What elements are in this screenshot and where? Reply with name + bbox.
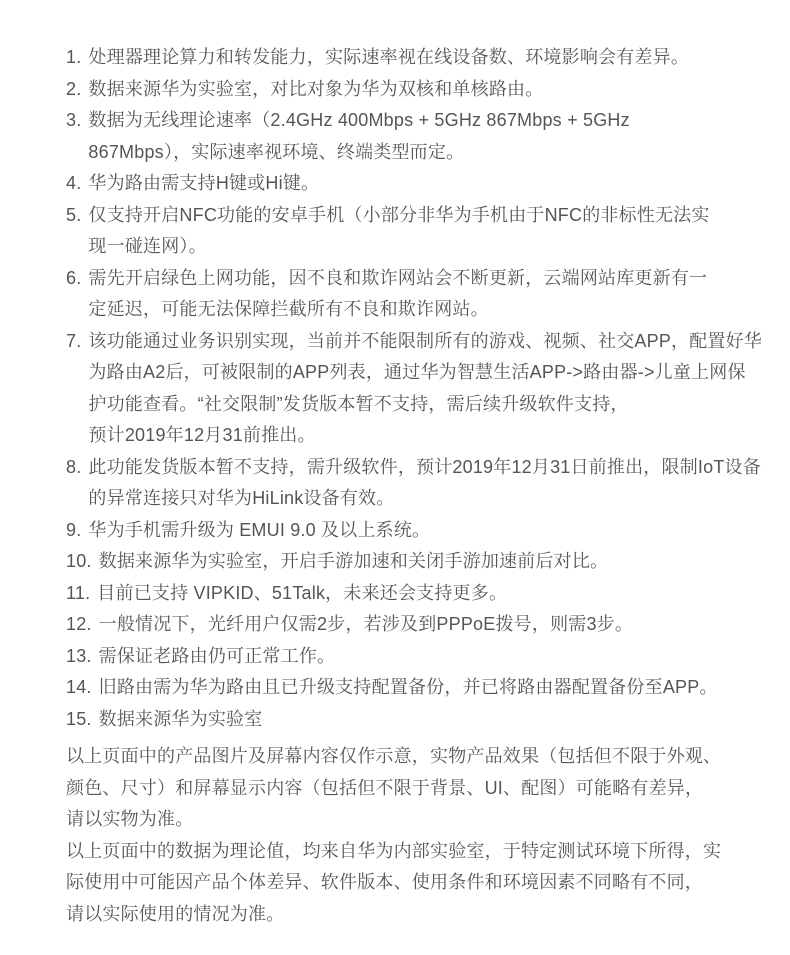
disclaimer-page: 1.处理器理论算力和转发能力，实际速率视在线设备数、环境影响会有差异。2.数据来… — [0, 0, 790, 955]
note-text: 处理器理论算力和转发能力，实际速率视在线设备数、环境影响会有差异。 — [88, 42, 774, 74]
note-text: 华为手机需升级为 EMUI 9.0 及以上系统。 — [88, 515, 774, 547]
note-item: 4.华为路由需支持H键或Hi键。 — [66, 168, 774, 200]
note-number: 8. — [66, 452, 81, 484]
note-text: 该功能通过业务识别实现，当前并不能限制所有的游戏、视频、社交APP，配置好华 为… — [88, 326, 774, 452]
note-item: 3.数据为无线理论速率（2.4GHz 400Mbps + 5GHz 867Mbp… — [66, 105, 774, 168]
note-number: 11. — [66, 578, 90, 610]
note-text: 此功能发货版本暂不支持，需升级软件，预计2019年12月31日前推出，限制IoT… — [88, 452, 774, 515]
note-text: 需先开启绿色上网功能，因不良和欺诈网站会不断更新，云端网站库更新有一 定延迟，可… — [88, 263, 774, 326]
note-number: 7. — [66, 326, 81, 358]
note-number: 4. — [66, 168, 81, 200]
note-number: 13. — [66, 641, 92, 673]
note-item: 13.需保证老路由仍可正常工作。 — [66, 641, 774, 673]
note-text: 一般情况下，光纤用户仅需2步，若涉及到PPPoE拨号，则需3步。 — [99, 609, 774, 641]
note-item: 7.该功能通过业务识别实现，当前并不能限制所有的游戏、视频、社交APP，配置好华… — [66, 326, 774, 452]
note-item: 11.目前已支持 VIPKID、51Talk，未来还会支持更多。 — [66, 578, 774, 610]
notes-list: 1.处理器理论算力和转发能力，实际速率视在线设备数、环境影响会有差异。2.数据来… — [66, 42, 774, 735]
note-item: 9.华为手机需升级为 EMUI 9.0 及以上系统。 — [66, 515, 774, 547]
disclaimer-paragraph-visuals: 以上页面中的产品图片及屏幕内容仅作示意，实物产品效果（包括但不限于外观、 颜色、… — [66, 741, 774, 836]
note-item: 12.一般情况下，光纤用户仅需2步，若涉及到PPPoE拨号，则需3步。 — [66, 609, 774, 641]
note-text: 数据为无线理论速率（2.4GHz 400Mbps + 5GHz 867Mbps … — [88, 105, 774, 168]
note-text: 数据来源华为实验室，对比对象为华为双核和单核路由。 — [88, 74, 774, 106]
note-item: 14.旧路由需为华为路由且已升级支持配置备份，并已将路由器配置备份至APP。 — [66, 672, 774, 704]
disclaimer-paragraphs: 以上页面中的产品图片及屏幕内容仅作示意，实物产品效果（包括但不限于外观、 颜色、… — [66, 741, 774, 930]
note-number: 15. — [66, 704, 92, 736]
note-number: 1. — [66, 42, 81, 74]
note-item: 5.仅支持开启NFC功能的安卓手机（小部分非华为手机由于NFC的非标性无法实 现… — [66, 200, 774, 263]
note-item: 1.处理器理论算力和转发能力，实际速率视在线设备数、环境影响会有差异。 — [66, 42, 774, 74]
note-number: 12. — [66, 609, 92, 641]
note-number: 5. — [66, 200, 81, 232]
note-number: 10. — [66, 546, 92, 578]
note-text: 目前已支持 VIPKID、51Talk，未来还会支持更多。 — [97, 578, 774, 610]
note-number: 14. — [66, 672, 92, 704]
note-number: 6. — [66, 263, 81, 295]
note-number: 3. — [66, 105, 81, 137]
note-text: 旧路由需为华为路由且已升级支持配置备份，并已将路由器配置备份至APP。 — [99, 672, 774, 704]
note-item: 10.数据来源华为实验室，开启手游加速和关闭手游加速前后对比。 — [66, 546, 774, 578]
note-text: 仅支持开启NFC功能的安卓手机（小部分非华为手机由于NFC的非标性无法实 现一碰… — [88, 200, 774, 263]
note-item: 15.数据来源华为实验室 — [66, 704, 774, 736]
note-item: 2.数据来源华为实验室，对比对象为华为双核和单核路由。 — [66, 74, 774, 106]
note-text: 数据来源华为实验室，开启手游加速和关闭手游加速前后对比。 — [99, 546, 774, 578]
note-number: 2. — [66, 74, 81, 106]
note-item: 6.需先开启绿色上网功能，因不良和欺诈网站会不断更新，云端网站库更新有一 定延迟… — [66, 263, 774, 326]
note-text: 数据来源华为实验室 — [99, 704, 774, 736]
note-number: 9. — [66, 515, 81, 547]
note-item: 8.此功能发货版本暂不支持，需升级软件，预计2019年12月31日前推出，限制I… — [66, 452, 774, 515]
note-text: 需保证老路由仍可正常工作。 — [99, 641, 774, 673]
disclaimer-paragraph-data: 以上页面中的数据为理论值，均来自华为内部实验室，于特定测试环境下所得，实 际使用… — [66, 836, 774, 931]
note-text: 华为路由需支持H键或Hi键。 — [88, 168, 774, 200]
